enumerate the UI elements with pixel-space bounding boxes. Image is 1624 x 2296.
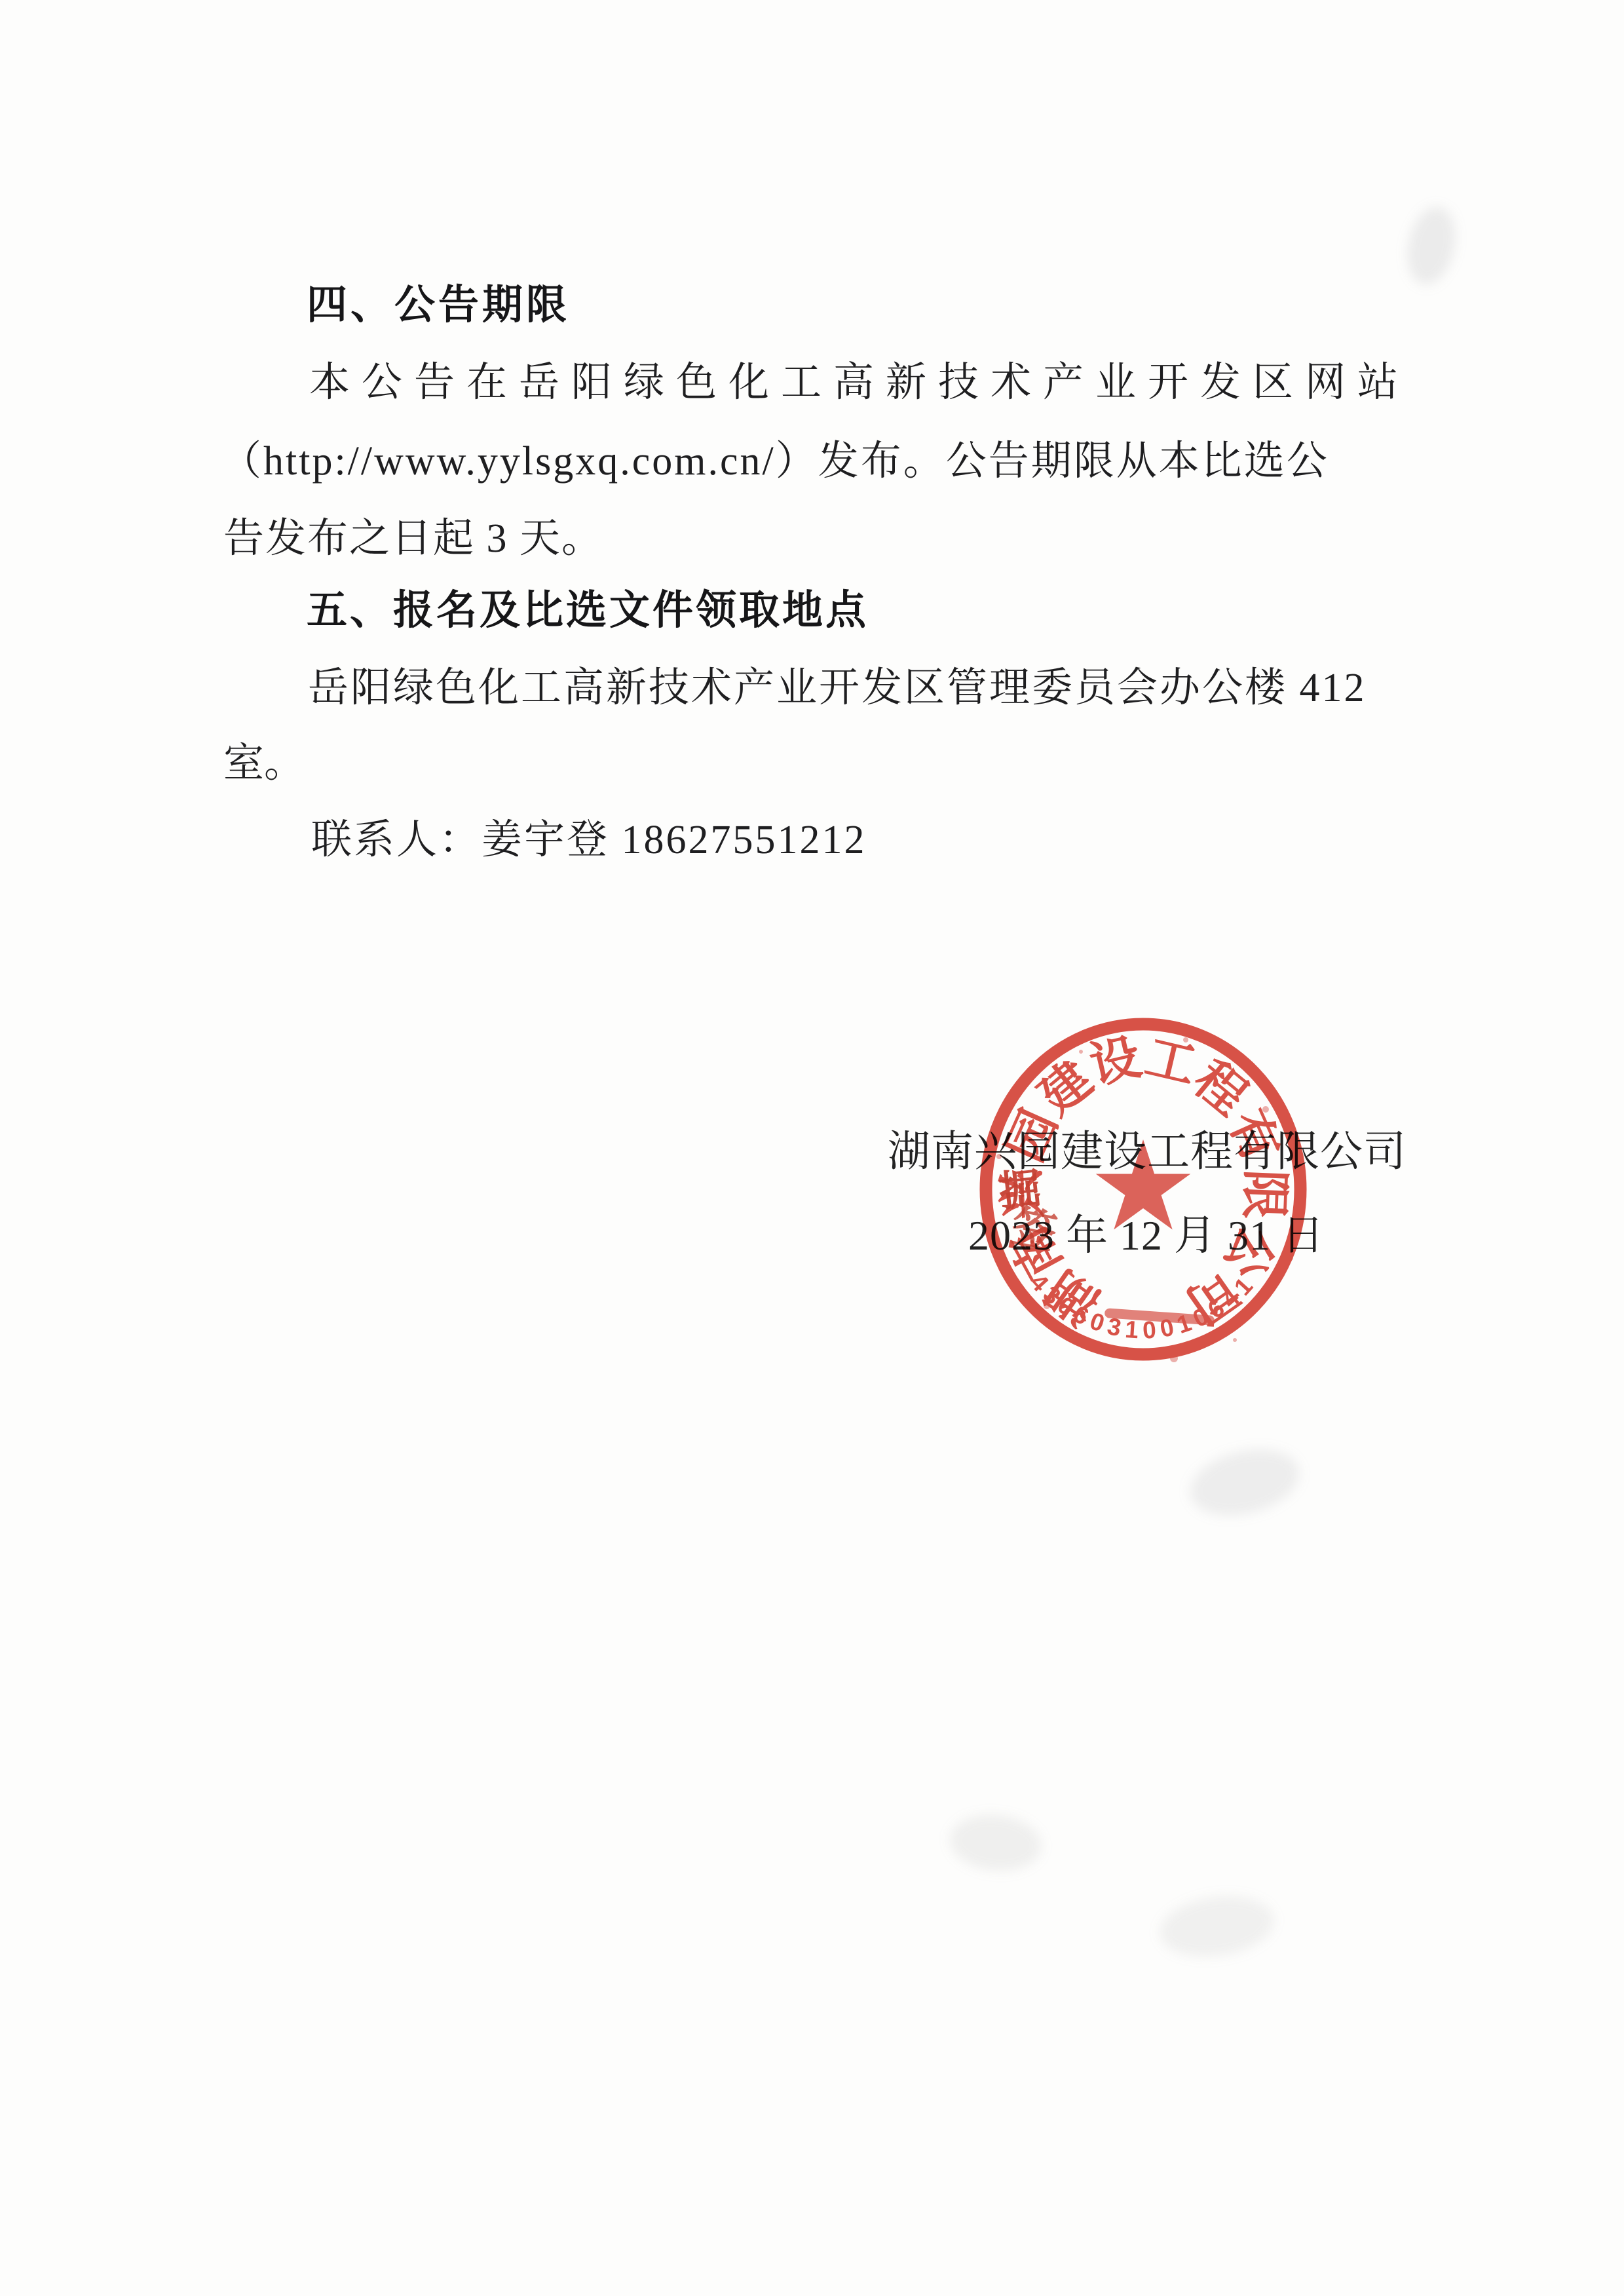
scan-smudge bbox=[947, 1810, 1044, 1875]
announcement-body-line-3: 告发布之日起 3 天。 bbox=[223, 517, 603, 561]
document-pickup-heading: 五、报名及比选文件领取地点 bbox=[307, 589, 869, 633]
pickup-location-line-2: 室。 bbox=[223, 742, 305, 786]
scanned-announcement-page: 四、公告期限 本公告在岳阳绿色化工高新技术产业开发区网站 （http://www… bbox=[0, 0, 1624, 2296]
announcement-url-line: （http://www.yylsgxq.com.cn/）发布。公告期限从本比选公 bbox=[221, 440, 1329, 484]
seal-ring-char: 限 bbox=[1236, 1168, 1293, 1220]
pickup-location-line-1: 岳阳绿色化工高新技术产业开发区管理委员会办公楼 412 bbox=[308, 666, 1367, 710]
scan-smudge bbox=[1401, 202, 1462, 289]
contact-person-line: 联系人：姜宇登 18627551212 bbox=[311, 818, 867, 862]
seal-star-icon bbox=[1096, 1139, 1191, 1230]
announcement-body-line-1: 本公告在岳阳绿色化工高新技术产业开发区网站 bbox=[309, 361, 1410, 405]
scan-smudge bbox=[1156, 1889, 1278, 1963]
official-seal: 湖南兴园建设工程有限公司 43060310010641 掘签 bbox=[963, 999, 1323, 1379]
announcement-period-heading: 四、公告期限 bbox=[307, 284, 570, 328]
scan-smudge bbox=[1183, 1439, 1306, 1526]
